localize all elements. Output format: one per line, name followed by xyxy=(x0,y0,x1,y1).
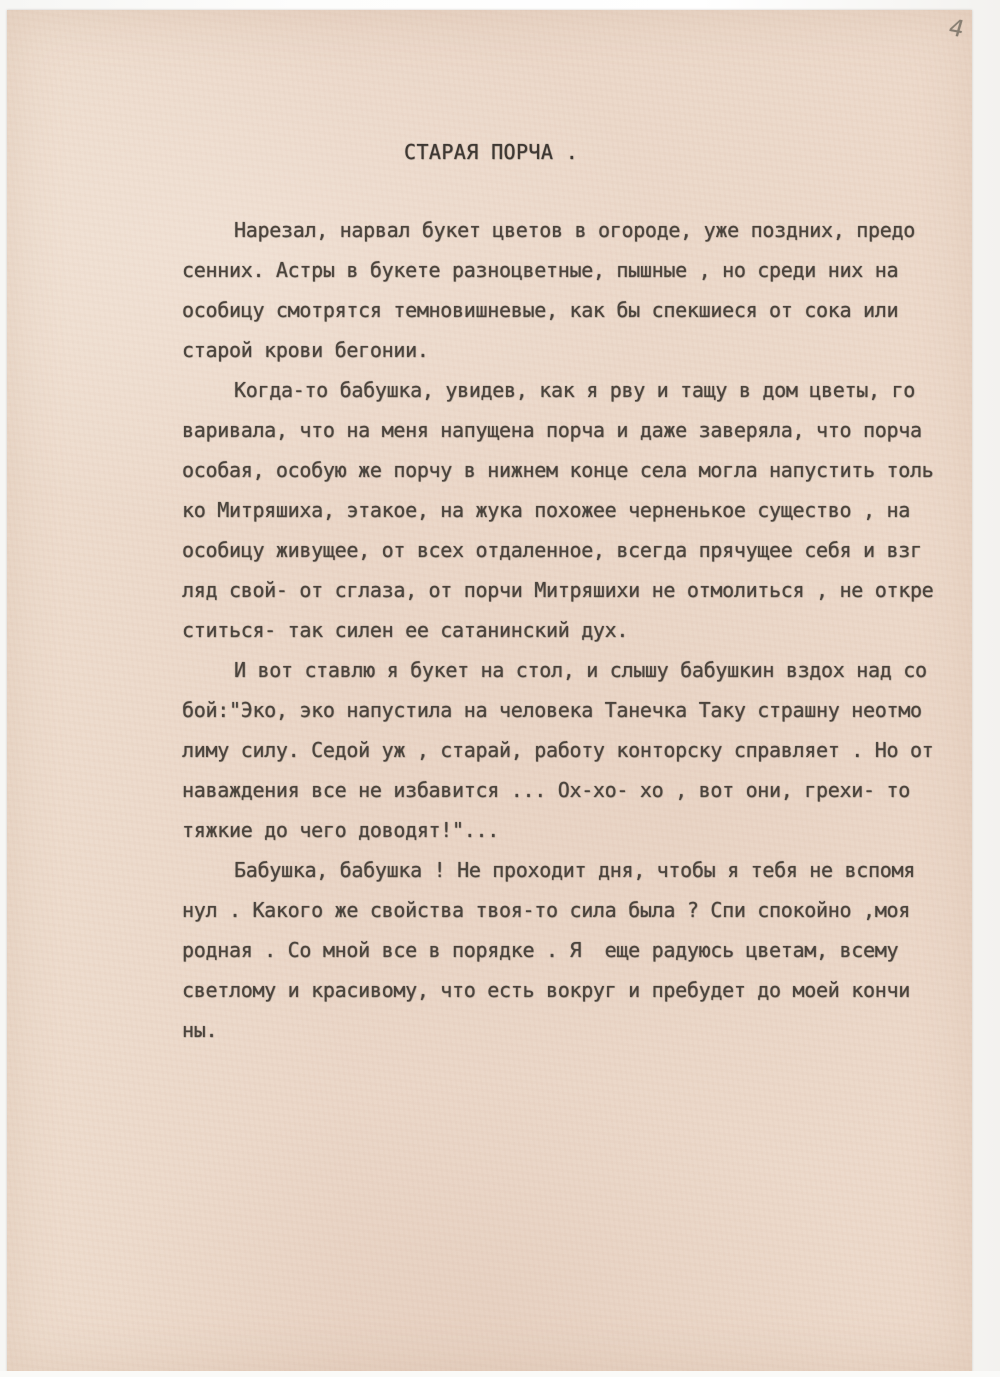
document-body: Нарезал, нарвал букет цветов в огороде, … xyxy=(182,210,972,1050)
paragraph: Нарезал, нарвал букет цветов в огороде, … xyxy=(182,210,972,370)
document-title: СТАРАЯ ПОРЧА . xyxy=(404,140,578,164)
text-line: особицу смотрятся темновишневые, как бы … xyxy=(182,290,972,330)
typewritten-paper-sheet: 4 СТАРАЯ ПОРЧА . Нарезал, нарвал букет ц… xyxy=(7,10,972,1372)
text-line: тяжкие до чего доводят!"... xyxy=(182,810,972,850)
text-line: нул . Какого же свойства твоя-то сила бы… xyxy=(182,890,972,930)
paragraph: Когда-то бабушка, увидев, как я рву и та… xyxy=(182,370,972,650)
text-line: старой крови бегонии. xyxy=(182,330,972,370)
text-line: ны. xyxy=(182,1010,972,1050)
text-line: Когда-то бабушка, увидев, как я рву и та… xyxy=(182,370,972,410)
text-line: варивала, что на меня напущена порча и д… xyxy=(182,410,972,450)
text-line: родная . Со мной все в порядке . Я еще р… xyxy=(182,930,972,970)
text-line: Нарезал, нарвал букет цветов в огороде, … xyxy=(182,210,972,250)
text-line: светлому и красивому, что есть вокруг и … xyxy=(182,970,972,1010)
paragraph: И вот ставлю я букет на стол, и слышу ба… xyxy=(182,650,972,850)
text-line: ко Митряшиха, этакое, на жука похожее че… xyxy=(182,490,972,530)
paragraph: Бабушка, бабушка ! Не проходит дня, чтоб… xyxy=(182,850,972,1050)
scan-bottom-border xyxy=(0,1371,1000,1377)
text-line: лиму силу. Седой уж , старай, работу кон… xyxy=(182,730,972,770)
text-line: сенних. Астры в букете разноцветные, пыш… xyxy=(182,250,972,290)
text-line: особицу живущее, от всех отдаленное, все… xyxy=(182,530,972,570)
text-line: И вот ставлю я букет на стол, и слышу ба… xyxy=(182,650,972,690)
text-line: Бабушка, бабушка ! Не проходит дня, чтоб… xyxy=(182,850,972,890)
scanned-page: 4 СТАРАЯ ПОРЧА . Нарезал, нарвал букет ц… xyxy=(0,0,1000,1377)
handwritten-page-number: 4 xyxy=(946,15,968,43)
text-line: наваждения все не избавится ... Ох-хо- х… xyxy=(182,770,972,810)
text-line: особая, особую же порчу в нижнем конце с… xyxy=(182,450,972,490)
text-line: ститься- так силен ее сатанинский дух. xyxy=(182,610,972,650)
text-line: ляд свой- от сглаза, от порчи Митряшихи … xyxy=(182,570,972,610)
text-line: бой:"Эко, эко напустила на человека Тане… xyxy=(182,690,972,730)
